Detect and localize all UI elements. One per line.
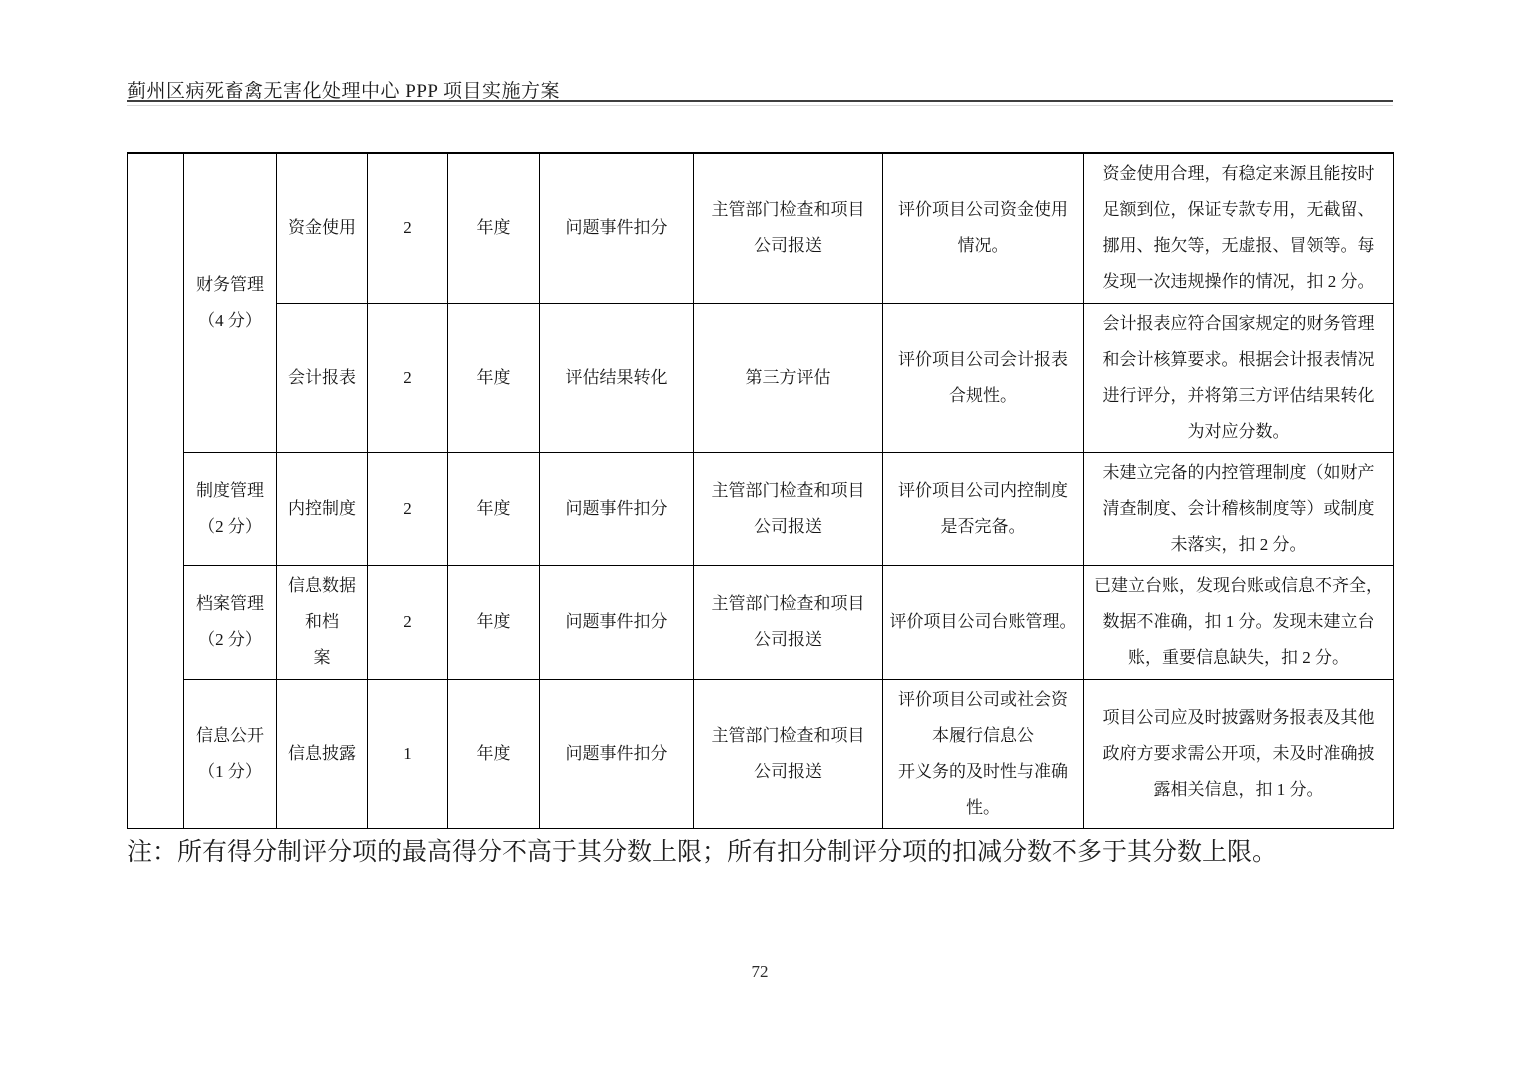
table-row: 会计报表 2 年度 评估结果转化 第三方评估 评价项目公司会计报表 合规性。 会… [128,303,1394,452]
performance-evaluation-table: 财务管理 （4 分） 资金使用 2 年度 问题事件扣分 主管部门检查和项目 公司… [127,152,1394,829]
cell-method: 问题事件扣分 [540,565,694,679]
cell-period: 年度 [448,679,540,828]
cell-method: 评估结果转化 [540,303,694,452]
table-row: 档案管理 （2 分） 信息数据 和档 案 2 年度 问题事件扣分 主管部门检查和… [128,565,1394,679]
cell-data-source: 主管部门检查和项目 公司报送 [694,565,883,679]
cell-score: 2 [368,565,448,679]
cell-evaluation-content: 评价项目公司或社会资 本履行信息公 开义务的及时性与准确 性。 [883,679,1084,828]
table-row: 制度管理 （2 分） 内控制度 2 年度 问题事件扣分 主管部门检查和项目 公司… [128,452,1394,565]
cell-category: 财务管理 （4 分） [184,153,277,452]
cell-indicator: 资金使用 [277,153,368,303]
cell-indicator: 信息披露 [277,679,368,828]
table-row: 财务管理 （4 分） 资金使用 2 年度 问题事件扣分 主管部门检查和项目 公司… [128,153,1394,303]
cell-data-source: 第三方评估 [694,303,883,452]
cell-period: 年度 [448,452,540,565]
cell-evaluation-content: 评价项目公司会计报表 合规性。 [883,303,1084,452]
cell-indicator: 内控制度 [277,452,368,565]
cell-evaluation-content: 评价项目公司内控制度 是否完备。 [883,452,1084,565]
cell-category: 档案管理 （2 分） [184,565,277,679]
cell-scoring-standard: 已建立台账，发现台账或信息不齐全， 数据不准确，扣 1 分。发现未建立台 账，重… [1084,565,1394,679]
cell-method: 问题事件扣分 [540,452,694,565]
cell-data-source: 主管部门检查和项目 公司报送 [694,452,883,565]
document-page: 蓟州区病死畜禽无害化处理中心 PPP 项目实施方案 财务管理 （4 分） 资金使… [0,0,1520,1074]
cell-data-source: 主管部门检查和项目 公司报送 [694,679,883,828]
cell-category: 信息公开 （1 分） [184,679,277,828]
cell-indicator: 信息数据 和档 案 [277,565,368,679]
header-rule-shadow [127,105,1393,106]
cell-scoring-standard: 项目公司应及时披露财务报表及其他 政府方要求需公开项，未及时准确披 露相关信息，… [1084,679,1394,828]
cell-method: 问题事件扣分 [540,679,694,828]
cell-method: 问题事件扣分 [540,153,694,303]
cell-category: 制度管理 （2 分） [184,452,277,565]
document-header-title: 蓟州区病死畜禽无害化处理中心 PPP 项目实施方案 [127,76,1393,103]
cell-data-source: 主管部门检查和项目 公司报送 [694,153,883,303]
cell-indicator: 会计报表 [277,303,368,452]
cell-period: 年度 [448,565,540,679]
cell-evaluation-content: 评价项目公司台账管理。 [883,565,1084,679]
cell-empty-spanner [128,153,184,828]
cell-evaluation-content: 评价项目公司资金使用 情况。 [883,153,1084,303]
cell-score: 1 [368,679,448,828]
cell-period: 年度 [448,153,540,303]
cell-score: 2 [368,452,448,565]
document-note: 注：所有得分制评分项的最高得分不高于其分数上限；所有扣分制评分项的扣减分数不多于… [127,836,1417,870]
table-row: 信息公开 （1 分） 信息披露 1 年度 问题事件扣分 主管部门检查和项目 公司… [128,679,1394,828]
cell-scoring-standard: 资金使用合理，有稳定来源且能按时 足额到位，保证专款专用，无截留、 挪用、拖欠等… [1084,153,1394,303]
page-number: 72 [0,962,1520,982]
cell-scoring-standard: 会计报表应符合国家规定的财务管理 和会计核算要求。根据会计报表情况 进行评分，并… [1084,303,1394,452]
cell-score: 2 [368,303,448,452]
cell-period: 年度 [448,303,540,452]
cell-score: 2 [368,153,448,303]
header-rule [127,100,1393,102]
cell-scoring-standard: 未建立完备的内控管理制度（如财产 清查制度、会计稽核制度等）或制度 未落实，扣 … [1084,452,1394,565]
